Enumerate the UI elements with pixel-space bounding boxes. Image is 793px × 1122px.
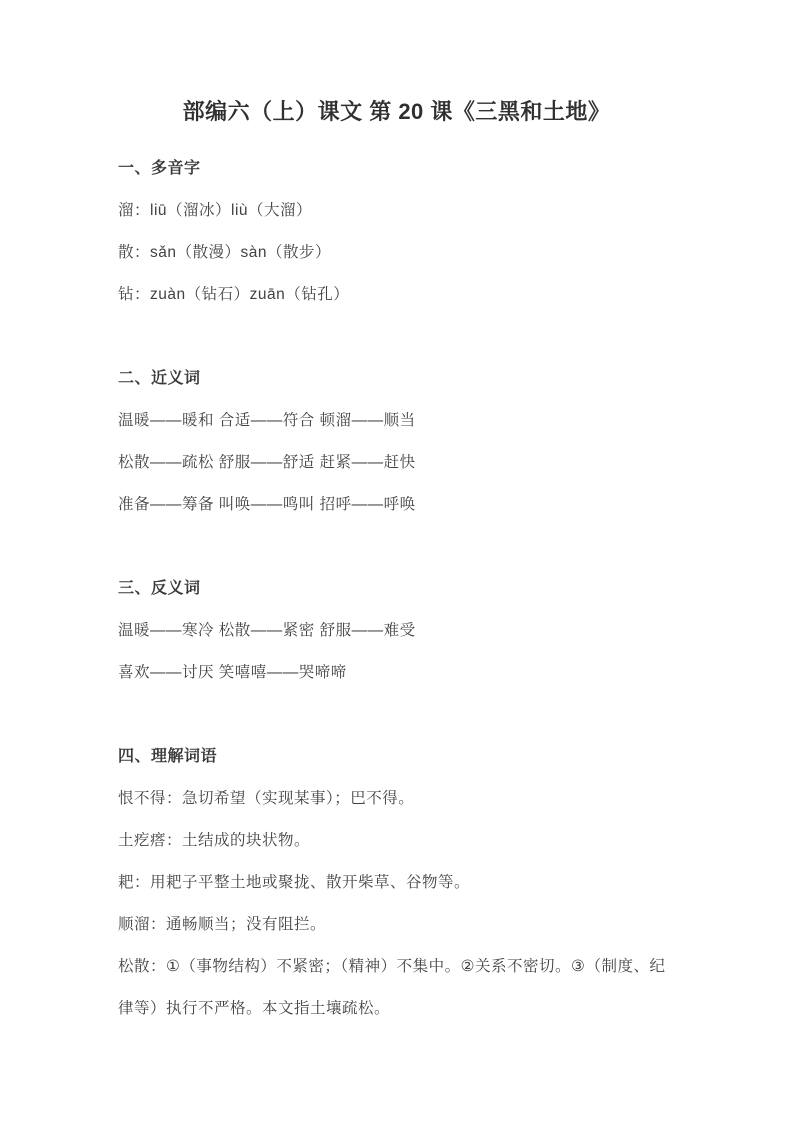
text-line: 喜欢——讨厌 笑嘻嘻——哭啼啼 <box>118 652 675 694</box>
document-page: 部编六（上）课文 第 20 课《三黑和土地》 一、多音字 溜：liū（溜冰）li… <box>0 0 793 1122</box>
text-line: 松散——疏松 舒服——舒适 赶紧——赶快 <box>118 442 675 484</box>
text-line: 恨不得：急切希望（实现某事）；巴不得。 <box>118 778 675 820</box>
section-antonyms: 三、反义词 温暖——寒冷 松散——紧密 舒服——难受 喜欢——讨厌 笑嘻嘻——哭… <box>118 568 675 694</box>
section-heading: 四、理解词语 <box>118 736 675 778</box>
section-heading: 一、多音字 <box>118 148 675 190</box>
section-synonyms: 二、近义词 温暖——暖和 合适——符合 顿溜——顺当 松散——疏松 舒服——舒适… <box>118 358 675 526</box>
section-polyphonic-characters: 一、多音字 溜：liū（溜冰）liù（大溜） 散：sǎn（散漫）sàn（散步） … <box>118 148 675 316</box>
text-line: 准备——筹备 叫唤——鸣叫 招呼——呼唤 <box>118 484 675 526</box>
section-word-meanings: 四、理解词语 恨不得：急切希望（实现某事）；巴不得。 土疙瘩：土结成的块状物。 … <box>118 736 675 1030</box>
text-line: 溜：liū（溜冰）liù（大溜） <box>118 190 675 232</box>
text-line: 温暖——暖和 合适——符合 顿溜——顺当 <box>118 400 675 442</box>
text-line: 温暖——寒冷 松散——紧密 舒服——难受 <box>118 610 675 652</box>
text-line: 散：sǎn（散漫）sàn（散步） <box>118 232 675 274</box>
page-title: 部编六（上）课文 第 20 课《三黑和土地》 <box>118 90 675 134</box>
text-line: 土疙瘩：土结成的块状物。 <box>118 820 675 862</box>
text-line: 顺溜：通畅顺当；没有阻拦。 <box>118 904 675 946</box>
section-heading: 三、反义词 <box>118 568 675 610</box>
text-line: 耙：用耙子平整土地或聚拢、散开柴草、谷物等。 <box>118 862 675 904</box>
section-heading: 二、近义词 <box>118 358 675 400</box>
text-line: 钻：zuàn（钻石）zuān（钻孔） <box>118 274 675 316</box>
text-line: 松散：①（事物结构）不紧密；（精神）不集中。②关系不密切。③（制度、纪律等）执行… <box>118 946 675 1030</box>
